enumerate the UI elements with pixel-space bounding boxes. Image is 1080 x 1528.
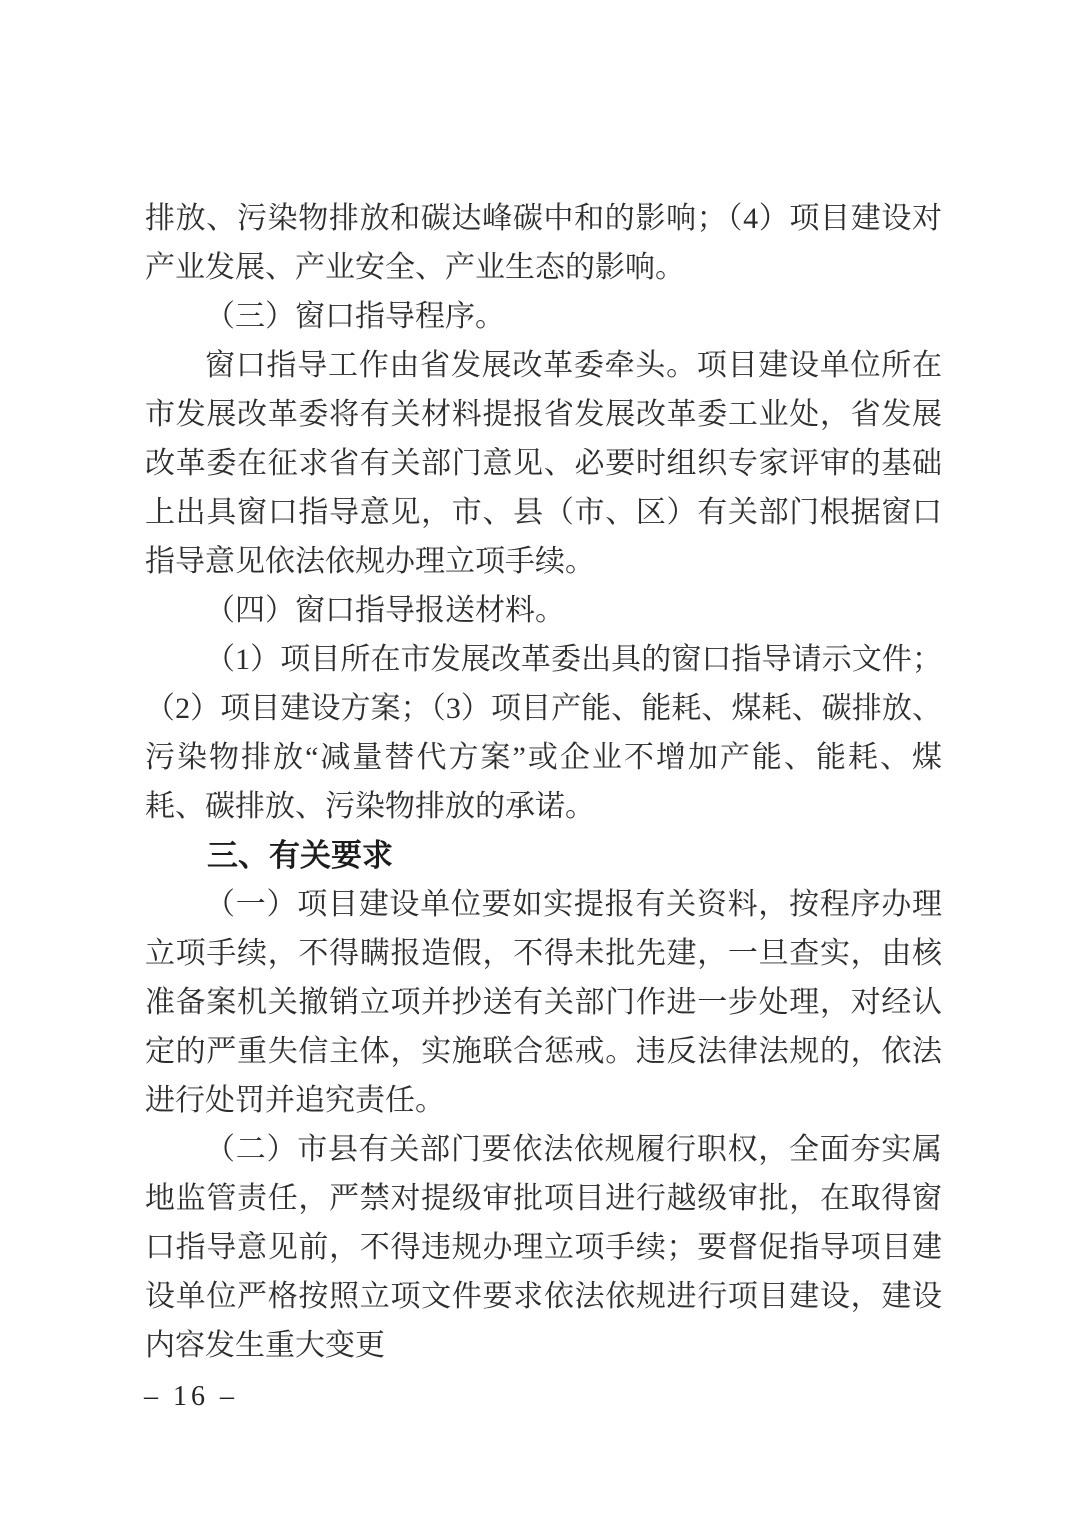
paragraph-item-4-submission-materials: （四）窗口指导报送材料。 (145, 586, 942, 635)
paragraph-requirement-2-local-departments: （二）市县有关部门要依法依规履行职权，全面夯实属地监管责任，严禁对提级审批项目进… (145, 1125, 942, 1370)
paragraph-item-3-window-guidance-procedure: （三）窗口指导程序。 (145, 292, 942, 341)
document-page: 排放、污染物排放和碳达峰碳中和的影响；（4）项目建设对产业发展、产业安全、产业生… (0, 0, 1080, 1528)
paragraph-requirement-1-project-units: （一）项目建设单位要如实提报有关资料，按程序办理立项手续，不得瞒报造假，不得未批… (145, 880, 942, 1125)
section-heading-related-requirements: 三、有关要求 (145, 831, 942, 880)
document-text-block: 排放、污染物排放和碳达峰碳中和的影响；（4）项目建设对产业发展、产业安全、产业生… (145, 194, 942, 1370)
page-number: – 16 – (144, 1381, 238, 1413)
paragraph-window-guidance-process-detail: 窗口指导工作由省发展改革委牵头。项目建设单位所在市发展改革委将有关材料提报省发展… (145, 341, 942, 586)
paragraph-submission-materials-list: （1）项目所在市发展改革委出具的窗口指导请示文件；（2）项目建设方案；（3）项目… (145, 635, 942, 831)
paragraph-continuation: 排放、污染物排放和碳达峰碳中和的影响；（4）项目建设对产业发展、产业安全、产业生… (145, 194, 942, 292)
